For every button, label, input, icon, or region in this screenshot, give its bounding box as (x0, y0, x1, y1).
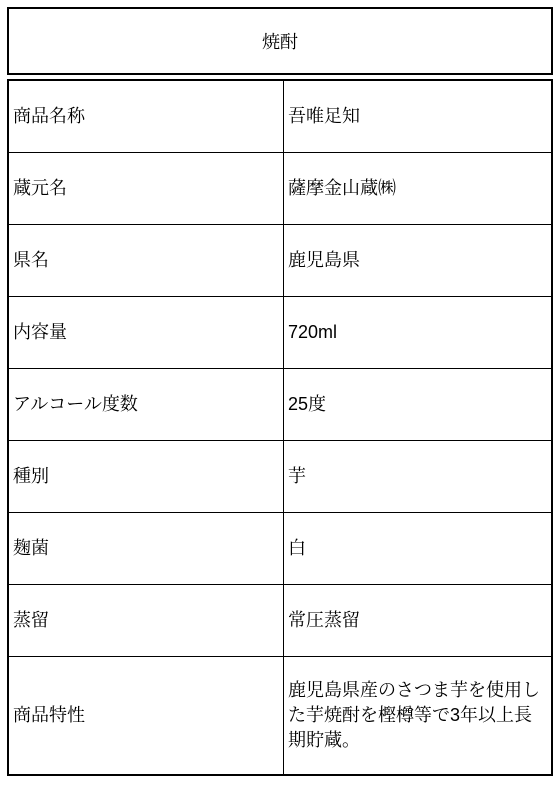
spec-value-cell: 薩摩金山蔵㈱ (284, 152, 553, 224)
spec-value-cell: 25度 (284, 368, 553, 440)
table-row: 蒸留 常圧蒸留 (8, 584, 552, 656)
spec-value-cell: 吾唯足知 (284, 80, 553, 152)
spec-label-cell: 商品特性 (8, 656, 284, 775)
spec-label-cell: 蒸留 (8, 584, 284, 656)
table-row: 内容量 720ml (8, 296, 552, 368)
table-title: 焼酎 (8, 8, 552, 74)
table-row: 麹菌 白 (8, 512, 552, 584)
page-container: 焼酎 商品名称 吾唯足知 蔵元名 薩摩金山蔵㈱ 県名 鹿児島県 内容量 720m… (0, 0, 560, 776)
spec-label-cell: 商品名称 (8, 80, 284, 152)
spec-value-cell: 常圧蒸留 (284, 584, 553, 656)
product-spec-table: 商品名称 吾唯足知 蔵元名 薩摩金山蔵㈱ 県名 鹿児島県 内容量 720ml ア… (7, 79, 553, 776)
spec-value-cell: 720ml (284, 296, 553, 368)
spec-value-cell: 芋 (284, 440, 553, 512)
spec-value-cell: 鹿児島県 (284, 224, 553, 296)
product-category-table: 焼酎 (7, 7, 553, 75)
spec-label-cell: 内容量 (8, 296, 284, 368)
spec-label-cell: 県名 (8, 224, 284, 296)
table-row: 商品名称 吾唯足知 (8, 80, 552, 152)
table-row: アルコール度数 25度 (8, 368, 552, 440)
spec-value-cell: 鹿児島県産のさつま芋を使用した芋焼酎を樫樽等で3年以上長期貯蔵。 (284, 656, 553, 775)
table-row: 県名 鹿児島県 (8, 224, 552, 296)
header-row: 焼酎 (8, 8, 552, 74)
spec-label-cell: 種別 (8, 440, 284, 512)
table-row: 種別 芋 (8, 440, 552, 512)
table-row: 蔵元名 薩摩金山蔵㈱ (8, 152, 552, 224)
spec-label-cell: 麹菌 (8, 512, 284, 584)
spec-label-cell: 蔵元名 (8, 152, 284, 224)
table-row: 商品特性 鹿児島県産のさつま芋を使用した芋焼酎を樫樽等で3年以上長期貯蔵。 (8, 656, 552, 775)
spec-label-cell: アルコール度数 (8, 368, 284, 440)
spec-value-cell: 白 (284, 512, 553, 584)
